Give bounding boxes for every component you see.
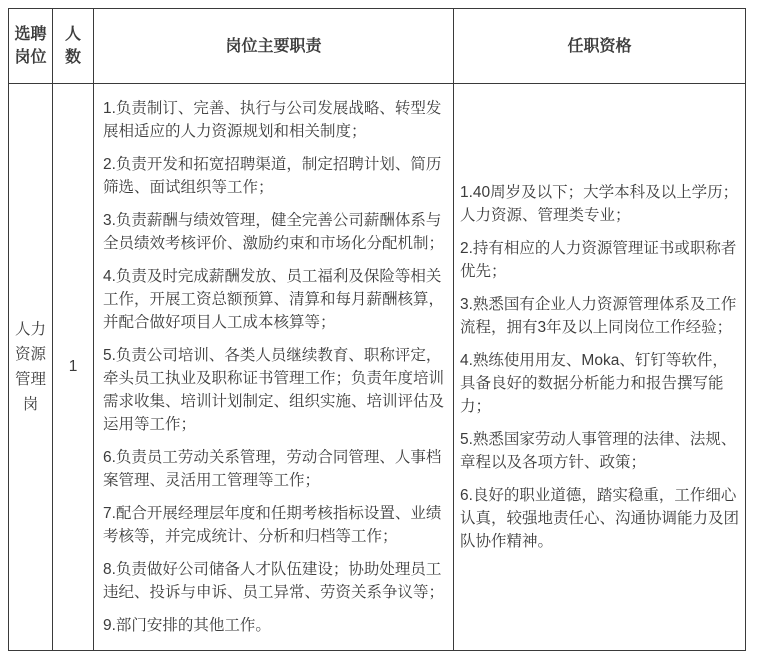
cell-qualifications: 1.40周岁及以下；大学本科及以上学历；人力资源、管理类专业； 2.持有相应的人… <box>454 84 746 651</box>
header-responsibilities: 岗位主要职责 <box>94 9 454 84</box>
responsibility-item-7: 7.配合开展经理层年度和任期考核指标设置、业绩考核等，并完成统计、分析和归档等工… <box>103 502 444 548</box>
header-headcount: 人数 <box>53 9 94 84</box>
qualification-item-4: 4.熟练使用用友、Moka、钉钉等软件，具备良好的数据分析能力和报告撰写能力； <box>460 349 739 418</box>
responsibility-item-1: 1.负责制订、完善、执行与公司发展战略、转型发展相适应的人力资源规划和相关制度； <box>103 97 444 143</box>
qualification-item-3: 3.熟悉国有企业人力资源管理体系及工作流程，拥有3年及以上同岗位工作经验； <box>460 293 739 339</box>
cell-headcount: 1 <box>53 84 94 651</box>
header-qualifications: 任职资格 <box>454 9 746 84</box>
qualification-item-6: 6.良好的职业道德，踏实稳重，工作细心认真，较强地责任心、沟通协调能力及团队协作… <box>460 484 739 553</box>
qualification-item-1: 1.40周岁及以下；大学本科及以上学历；人力资源、管理类专业； <box>460 181 739 227</box>
responsibility-item-5: 5.负责公司培训、各类人员继续教育、职称评定，牵头员工执业及职称证书管理工作；负… <box>103 344 444 436</box>
header-row: 选聘岗位 人数 岗位主要职责 任职资格 <box>9 9 746 84</box>
responsibility-item-2: 2.负责开发和拓宽招聘渠道，制定招聘计划、简历筛选、面试组织等工作； <box>103 153 444 199</box>
responsibility-item-9: 9.部门安排的其他工作。 <box>103 614 444 637</box>
recruitment-table-wrapper: 选聘岗位 人数 岗位主要职责 任职资格 人力资源管理岗 1 1.负责制订、完善、… <box>8 8 746 651</box>
responsibility-item-4: 4.负责及时完成薪酬发放、员工福利及保险等相关工作，开展工资总额预算、清算和每月… <box>103 265 444 334</box>
page: 选聘岗位 人数 岗位主要职责 任职资格 人力资源管理岗 1 1.负责制订、完善、… <box>0 0 767 660</box>
header-position: 选聘岗位 <box>9 9 53 84</box>
qualification-item-5: 5.熟悉国家劳动人事管理的法律、法规、章程以及各项方针、政策； <box>460 428 739 474</box>
cell-responsibilities: 1.负责制订、完善、执行与公司发展战略、转型发展相适应的人力资源规划和相关制度；… <box>94 84 454 651</box>
cell-position: 人力资源管理岗 <box>9 84 53 651</box>
responsibility-item-8: 8.负责做好公司储备人才队伍建设；协助处理员工违纪、投诉与申诉、员工异常、劳资关… <box>103 558 444 604</box>
table-row: 人力资源管理岗 1 1.负责制订、完善、执行与公司发展战略、转型发展相适应的人力… <box>9 84 746 651</box>
responsibility-item-6: 6.负责员工劳动关系管理，劳动合同管理、人事档案管理、灵活用工管理等工作； <box>103 446 444 492</box>
recruitment-table: 选聘岗位 人数 岗位主要职责 任职资格 人力资源管理岗 1 1.负责制订、完善、… <box>8 8 746 651</box>
responsibility-item-3: 3.负责薪酬与绩效管理，健全完善公司薪酬体系与全员绩效考核评价、激励约束和市场化… <box>103 209 444 255</box>
qualification-item-2: 2.持有相应的人力资源管理证书或职称者优先； <box>460 237 739 283</box>
